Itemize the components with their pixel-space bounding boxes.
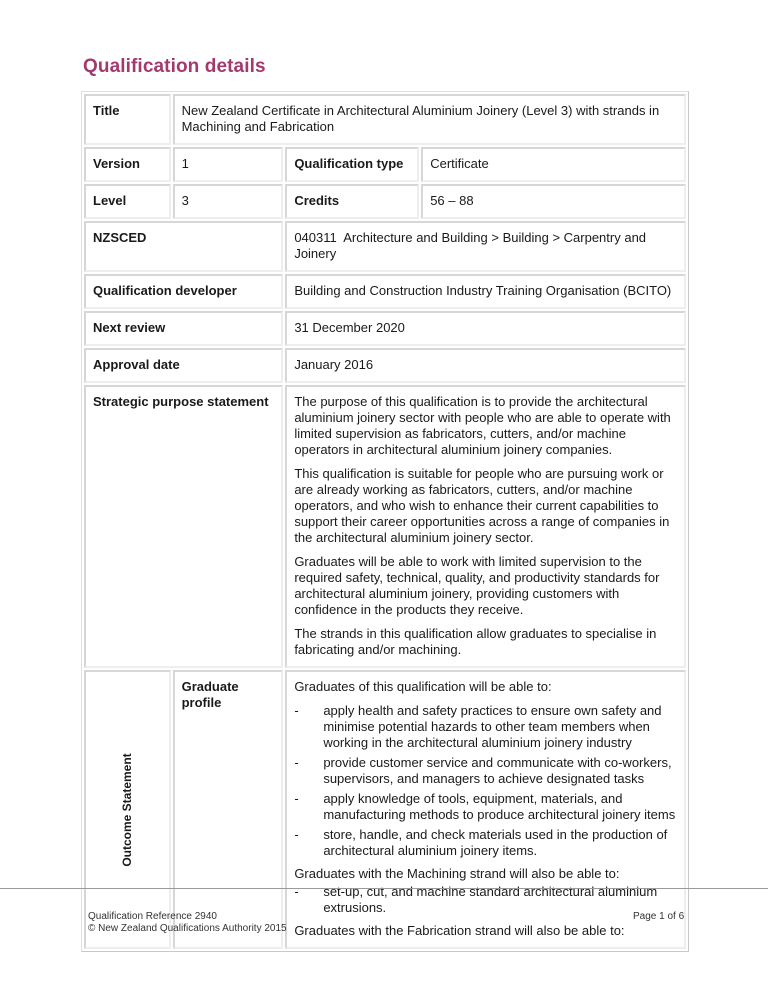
level-value: 3 <box>173 184 284 219</box>
nzsced-row: NZSCED 040311 Architecture and Building … <box>84 221 686 272</box>
list-item: -provide customer service and communicat… <box>294 755 677 787</box>
qualification-type-value: Certificate <box>421 147 686 182</box>
list-item: -apply knowledge of tools, equipment, ma… <box>294 791 677 823</box>
strategic-paragraph: The purpose of this qualification is to … <box>294 394 677 458</box>
developer-row: Qualification developer Building and Con… <box>84 274 686 309</box>
credits-value: 56 – 88 <box>421 184 686 219</box>
fabrication-intro: Graduates with the Fabrication strand wi… <box>294 923 677 939</box>
graduate-profile-list: -apply health and safety practices to en… <box>294 703 677 859</box>
nzsced-value: 040311 Architecture and Building > Build… <box>285 221 686 272</box>
strategic-purpose-value: The purpose of this qualification is to … <box>285 385 686 668</box>
level-row: Level 3 Credits 56 – 88 <box>84 184 686 219</box>
version-label: Version <box>84 147 171 182</box>
strategic-paragraph: The strands in this qualification allow … <box>294 626 677 658</box>
credits-label: Credits <box>285 184 419 219</box>
qualification-details-table: Title New Zealand Certificate in Archite… <box>81 91 689 952</box>
title-row: Title New Zealand Certificate in Archite… <box>84 94 686 145</box>
page-number: Page 1 of 6 <box>633 911 684 923</box>
list-item: -store, handle, and check materials used… <box>294 827 677 859</box>
version-value: 1 <box>173 147 284 182</box>
footer-left: Qualification Reference 2940 © New Zeala… <box>88 911 287 935</box>
qualification-type-label: Qualification type <box>285 147 419 182</box>
page-title: Qualification details <box>83 56 266 78</box>
graduate-profile-label: Graduate profile <box>173 670 284 949</box>
outcome-statement-cell: Outcome Statement <box>84 670 171 949</box>
outcome-statement-label: Outcome Statement <box>119 753 135 866</box>
footer-divider <box>0 888 768 889</box>
level-label: Level <box>84 184 171 219</box>
strategic-paragraph: Graduates will be able to work with limi… <box>294 554 677 618</box>
approval-date-row: Approval date January 2016 <box>84 348 686 383</box>
version-row: Version 1 Qualification type Certificate <box>84 147 686 182</box>
next-review-row: Next review 31 December 2020 <box>84 311 686 346</box>
title-label: Title <box>84 94 171 145</box>
list-item: -apply health and safety practices to en… <box>294 703 677 751</box>
next-review-value: 31 December 2020 <box>285 311 686 346</box>
graduate-profile-value: Graduates of this qualification will be … <box>285 670 686 949</box>
title-value: New Zealand Certificate in Architectural… <box>173 94 686 145</box>
developer-value: Building and Construction Industry Train… <box>285 274 686 309</box>
approval-date-value: January 2016 <box>285 348 686 383</box>
approval-date-label: Approval date <box>84 348 283 383</box>
machining-intro: Graduates with the Machining strand will… <box>294 866 677 882</box>
next-review-label: Next review <box>84 311 283 346</box>
nzsced-label: NZSCED <box>84 221 283 272</box>
graduate-profile-row: Outcome Statement Graduate profile Gradu… <box>84 670 686 949</box>
strategic-paragraph: This qualification is suitable for peopl… <box>294 466 677 546</box>
developer-label: Qualification developer <box>84 274 283 309</box>
graduate-profile-intro: Graduates of this qualification will be … <box>294 679 677 695</box>
copyright-notice: © New Zealand Qualifications Authority 2… <box>88 923 287 935</box>
strategic-purpose-label: Strategic purpose statement <box>84 385 283 668</box>
strategic-purpose-row: Strategic purpose statement The purpose … <box>84 385 686 668</box>
qualification-reference: Qualification Reference 2940 <box>88 911 287 923</box>
